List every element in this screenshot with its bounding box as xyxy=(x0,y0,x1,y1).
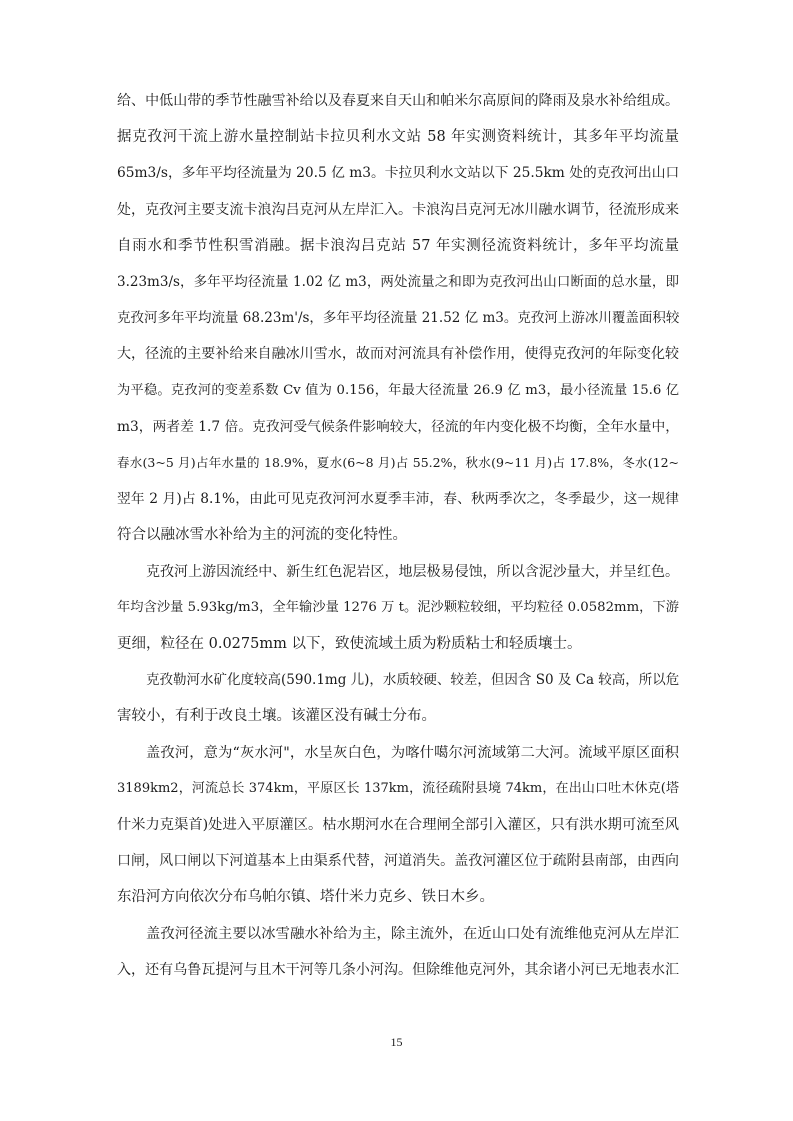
text-line: 65m3/s，多年平均径流量为 20.5 亿 m3。卡拉贝利水文站以下 25.5… xyxy=(117,163,679,183)
text-line: 克孜河上游因流经中、新生红色泥岩区，地层极易侵蚀，所以含泥沙量大，并呈红色。 xyxy=(146,562,679,582)
text-line: 什米力克渠首)处进入平原灌区。枯水期河水在合理闸全部引入灌区，只有洪水期可流至风 xyxy=(117,815,679,835)
text-line: 据克孜河干流上游水量控制站卡拉贝利水文站 58 年实测资料统计，其多年平均流量 xyxy=(117,127,679,147)
text-line: m3，两者差 1.7 倍。克孜河受气候条件影响较大，径流的年内变化极不均衡，全年… xyxy=(117,417,679,437)
text-line: 口闸，风口闸以下河道基本上由渠系代替，河道消失。盖孜河灌区位于疏附县南部，由西向 xyxy=(117,851,679,871)
text-line: 春水(3~5 月)占年水量的 18.9%，夏水(6~8 月)占 55.2%，秋水… xyxy=(117,453,679,473)
text-line: 大，径流的主要补给来自融冰川雪水，故而对河流具有补偿作用，使得克孜河的年际变化较 xyxy=(117,344,679,364)
document-page: 给、中低山带的季节性融雪补给以及春夏来自天山和帕米尔高原间的降雨及泉水补给组成。… xyxy=(0,0,793,1121)
text-line: 害较小，有利于改良土壤。该灌区没有碱士分布。 xyxy=(117,706,679,726)
text-line: 盖孜河径流主要以冰雪融水补给为主，除主流外，在近山口处有流维他克河从左岸汇 xyxy=(146,924,679,944)
text-line: 翌年 2 月)占 8.1%，由此可见克孜河河水夏季丰沛，春、秋两季次之，冬季最少… xyxy=(117,489,679,509)
text-line: 克孜河多年平均流量 68.23m'/s，多年平均径流量 21.52 亿 m3。克… xyxy=(117,308,679,328)
text-line: 入，还有乌鲁瓦提河与且木干河等几条小河沟。但除维他克河外，其余诸小河已无地表水汇 xyxy=(117,960,679,980)
text-line: 盖孜河，意为“灰水河"，水呈灰白色，为喀什噶尔河流域第二大河。流域平原区面积 xyxy=(146,743,679,763)
text-line: 3189km2，河流总长 374km，平原区长 137km，流径疏附县境 74k… xyxy=(117,779,679,799)
text-line: 年均含沙量 5.93kg/m3，全年输沙量 1276 万 t。泥沙颗粒较细，平均… xyxy=(117,598,679,618)
text-line: 给、中低山带的季节性融雪补给以及春夏来自天山和帕米尔高原间的降雨及泉水补给组成。 xyxy=(117,91,679,111)
text-line: 处，克孜河主要支流卡浪沟吕克河从左岸汇入。卡浪沟吕克河无冰川融水调节，径流形成来 xyxy=(117,200,679,220)
text-line: 克孜勒河水矿化度较高(590.1mg 儿)，水质较硬、较差，但因含 S0 及 C… xyxy=(146,670,679,690)
text-line: 符合以融冰雪水补给为主的河流的变化特性。 xyxy=(117,525,679,545)
page-number: 15 xyxy=(0,1035,793,1050)
text-line: 更细，粒径在 0.0275mm 以下，致使流域土质为粉质粘士和轻质壤士。 xyxy=(117,634,679,654)
text-line: 东沿河方向依次分布乌帕尔镇、塔什米力克乡、铁日木乡。 xyxy=(117,887,679,907)
text-line: 自雨水和季节性积雪消融。据卡浪沟吕克站 57 年实测径流资料统计，多年平均流量 xyxy=(117,236,679,256)
text-line: 为平稳。克孜河的变差系数 Cv 值为 0.156，年最大径流量 26.9 亿 m… xyxy=(117,381,679,401)
text-line: 3.23m3/s，多年平均径流量 1.02 亿 m3，两处流量之和即为克孜河出山… xyxy=(117,272,679,292)
